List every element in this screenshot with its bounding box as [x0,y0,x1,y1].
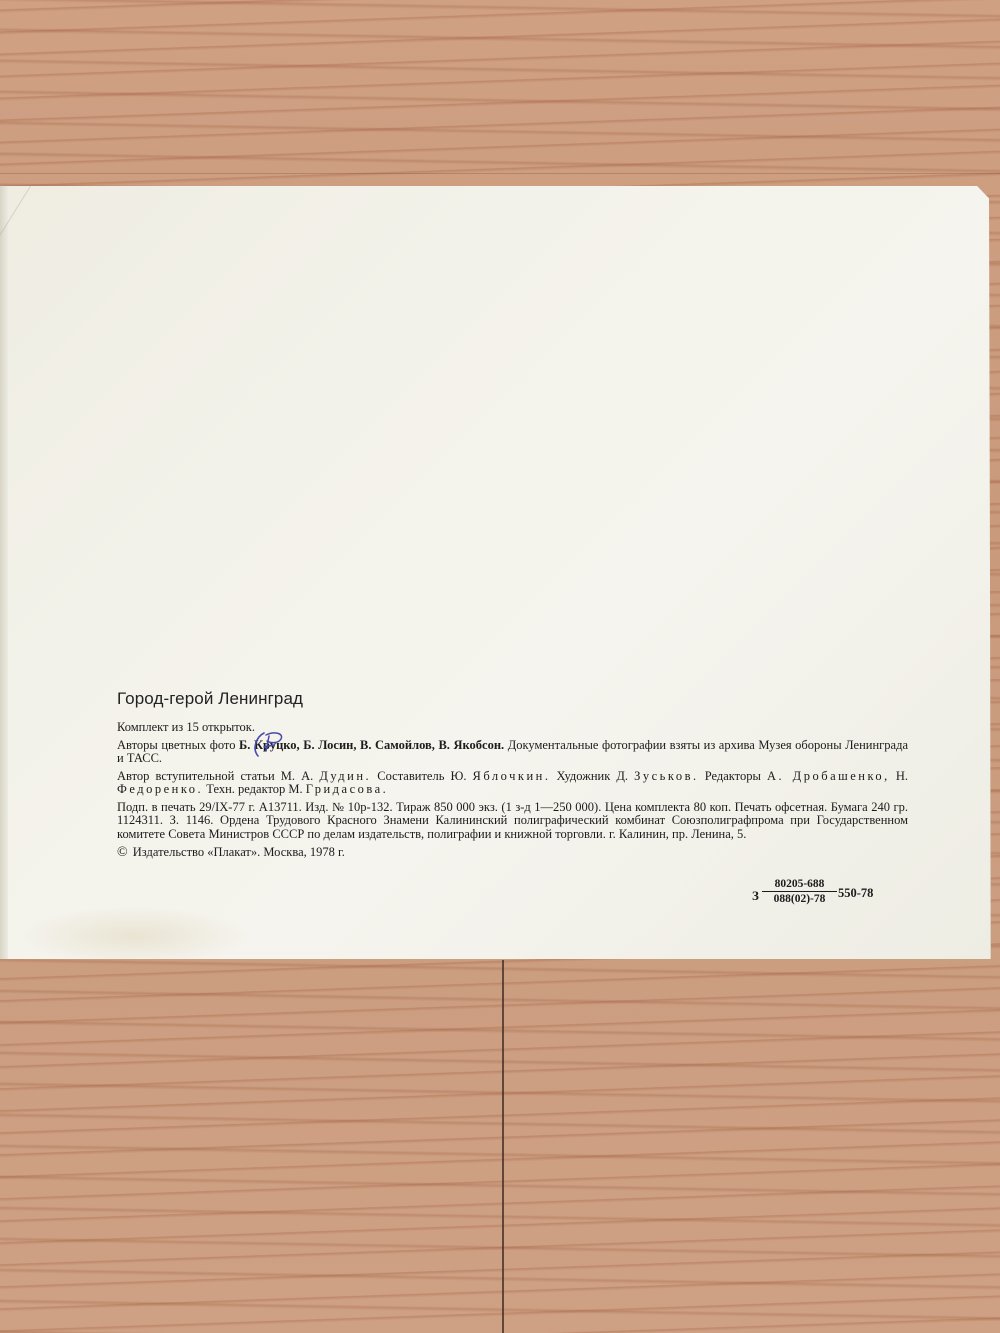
paper-stain [20,906,250,966]
staff-credits: Автор вступительной статьи М. А. Дудин. … [117,770,908,797]
set-count: Комплект из 15 открыток. [117,721,908,735]
paper-crease [0,186,31,373]
print-info: Подп. в печать 29/IX-77 г. А13711. Изд. … [117,801,908,842]
imprint-block: Город-герой Ленинград Комплект из 15 отк… [117,689,908,861]
catalog-tail: 550-78 [838,886,873,901]
copyright-icon: © [117,845,128,860]
catalog-fraction: 80205-688 088(02)-78 [762,878,837,905]
copyright-line: © Издательство «Плакат». Москва, 1978 г. [117,845,908,861]
handwritten-pen-mark-icon [250,729,290,759]
catalog-numerator: 80205-688 [762,878,837,892]
floor-board-seam [502,960,504,1333]
set-title: Город-герой Ленинград [117,689,908,709]
photo-credits: Авторы цветных фото Б. Круцко, Б. Лосин,… [117,739,908,766]
postcard-set-back-cover: Город-герой Ленинград Комплект из 15 отк… [0,186,991,959]
catalog-denominator: 088(02)-78 [762,892,837,905]
catalog-lead: З [752,888,759,904]
floor-board-seam [0,173,1000,174]
